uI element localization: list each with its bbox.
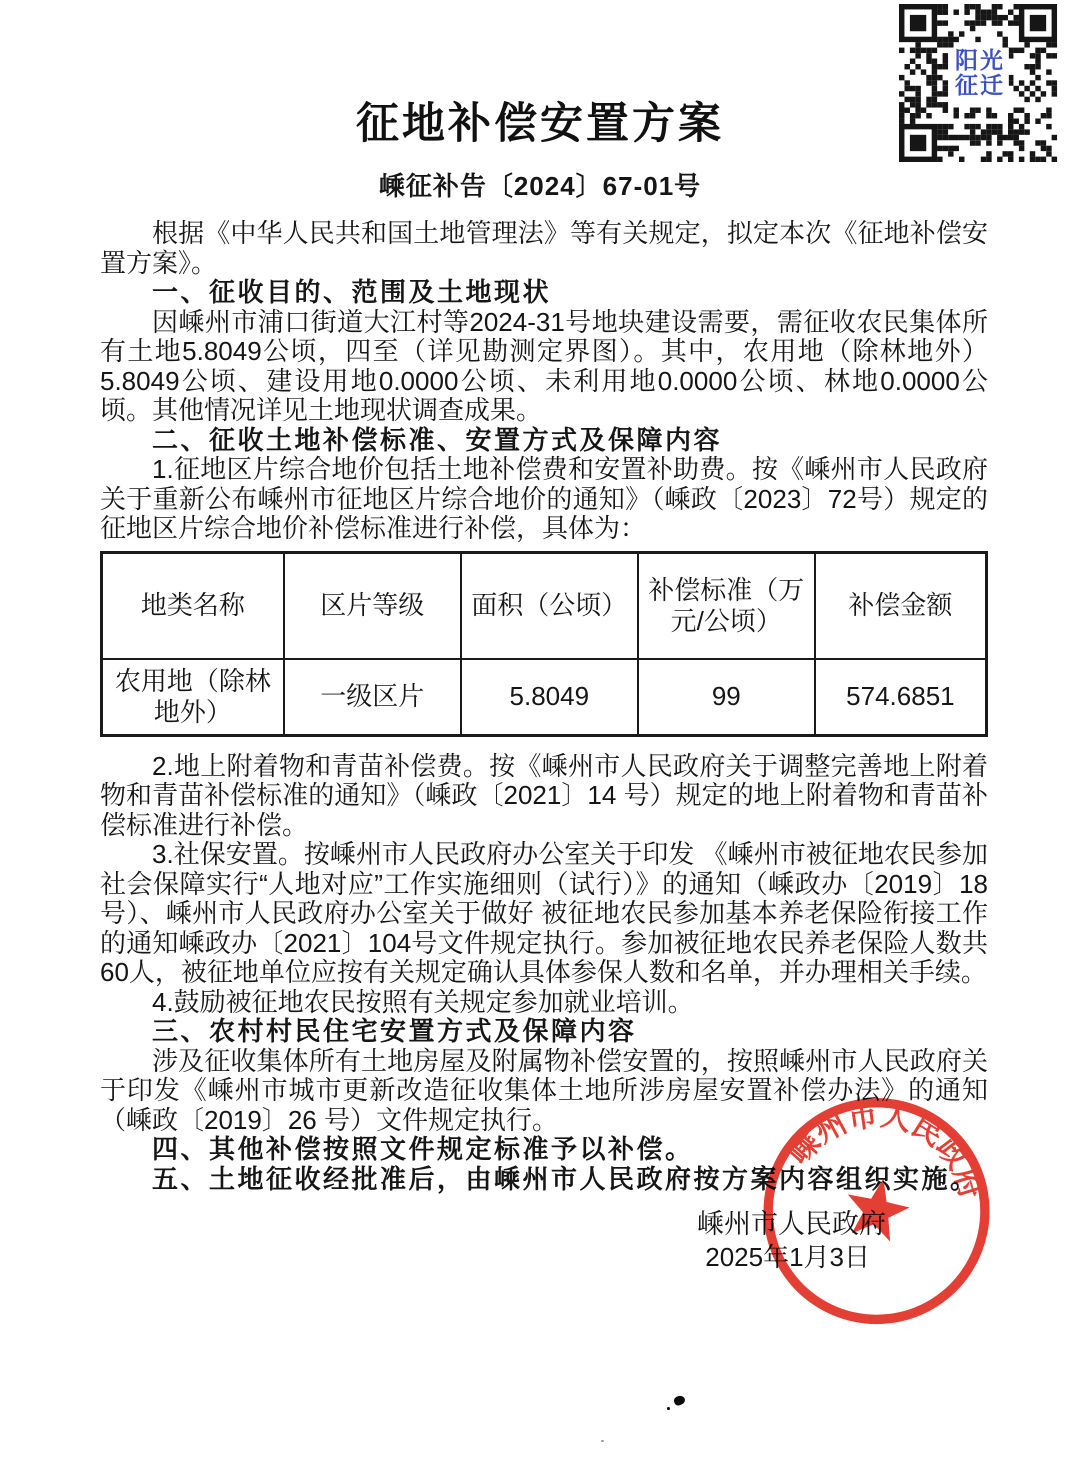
scan-speck [601,1440,604,1442]
table-header-row: 地类名称 区片等级 面积（公顷） 补偿标准（万元/公顷） 补偿金额 [102,552,987,659]
cell-standard: 99 [638,659,815,736]
paragraph-item2: 2.地上附着物和青苗补偿费。按《嵊州市人民政府关于调整完善地上附着物和青苗补偿标… [100,752,988,841]
cell-zone-grade: 一级区片 [284,659,461,736]
cell-amount: 574.6851 [815,659,987,736]
seal-star [840,1172,914,1244]
col-header-zone-grade: 区片等级 [284,552,461,659]
paragraph-item1: 1.征地区片综合地价包括土地补偿费和安置补助费。按《嵊州市人民政府关于重新公布嵊… [100,455,988,544]
scan-speck [673,1394,686,1406]
cell-area: 5.8049 [461,659,638,736]
cell-land-type: 农用地（除林地外） [102,659,284,736]
document-number: 嵊征补告〔2024〕67-01号 [0,166,1080,203]
paragraph-item3: 3.社保安置。按嵊州市人民政府办公室关于印发 《嵊州市被征地农民参加社会保障实行… [100,840,988,988]
section-heading-3: 三、农村村民住宅安置方式及保障内容 [100,1017,988,1047]
seal-graphic: 嵊州市人民政府 [729,1061,1026,1358]
table-row: 农用地（除林地外） 一级区片 5.8049 99 574.6851 [102,659,987,736]
compensation-table: 地类名称 区片等级 面积（公顷） 补偿标准（万元/公顷） 补偿金额 农用地（除林… [100,551,988,737]
col-header-area: 面积（公顷） [461,552,638,659]
qr-label-line1: 阳光 [951,48,1009,73]
scanned-document-page: 阳光 征迁 征地补偿安置方案 嵊征补告〔2024〕67-01号 根据《中华人民共… [0,0,1080,1465]
scan-speck [667,1407,670,1410]
section-heading-2: 二、征收土地补偿标准、安置方式及保障内容 [100,426,988,456]
paragraph-intro: 根据《中华人民共和国土地管理法》等有关规定，拟定本次《征地补偿安置方案》。 [100,219,988,278]
section-heading-1: 一、征收目的、范围及土地现状 [100,278,988,308]
document-title: 征地补偿安置方案 [0,90,1080,151]
paragraph-section1: 因嵊州市浦口街道大江村等2024-31号地块建设需要，需征收农民集体所有土地5.… [100,308,988,426]
col-header-land-type: 地类名称 [102,552,284,659]
paragraph-item4: 4.鼓励被征地农民按照有关规定参加就业培训。 [100,988,988,1018]
col-header-amount: 补偿金额 [815,552,987,659]
official-seal: 嵊州市人民政府 [729,1061,1026,1358]
col-header-standard: 补偿标准（万元/公顷） [638,552,815,659]
